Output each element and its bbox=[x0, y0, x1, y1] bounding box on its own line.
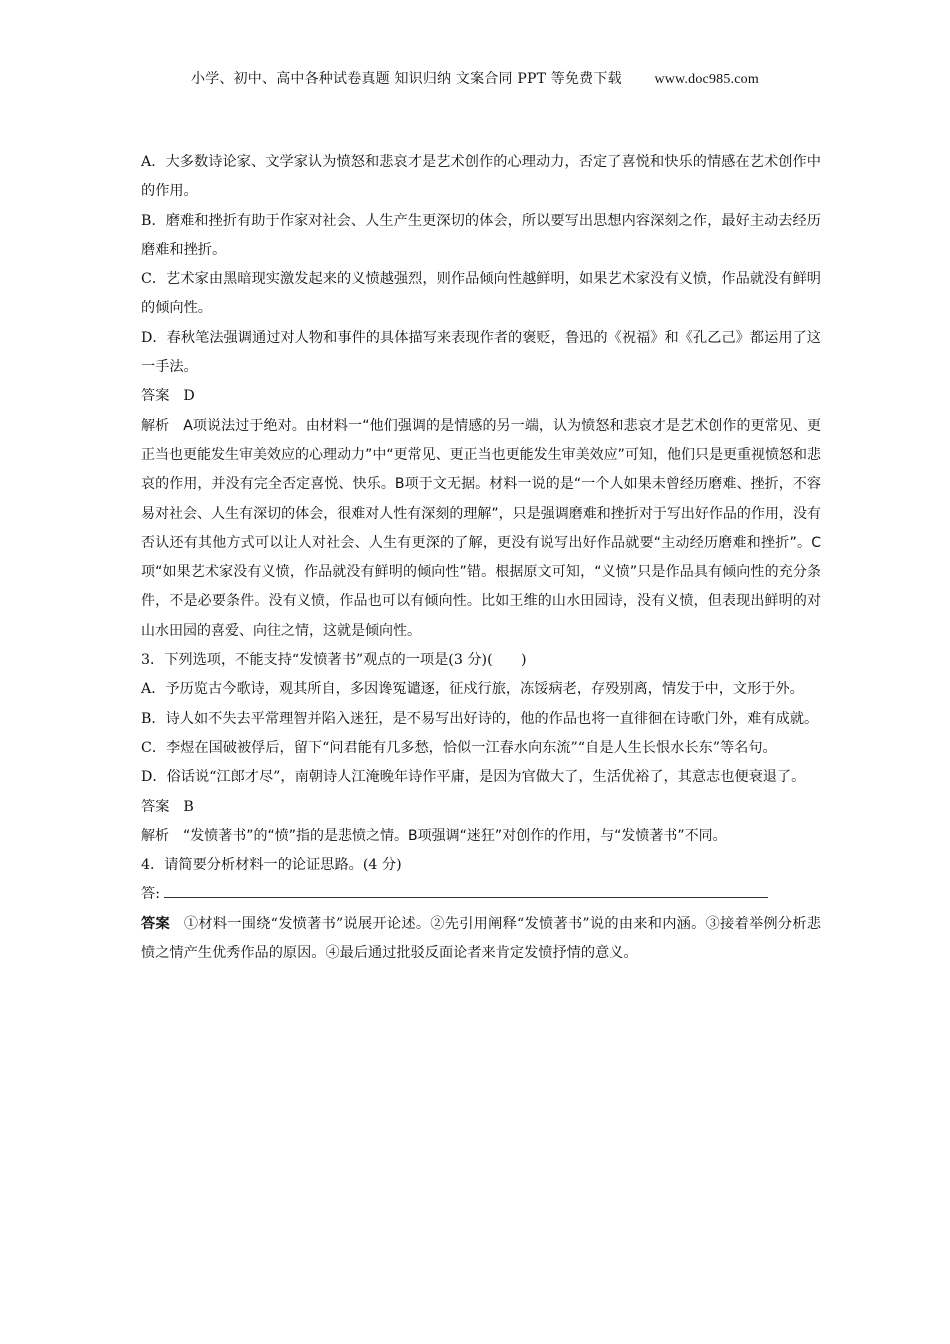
q2-option-b: B．磨难和挫折有助于作家对社会、人生产生更深切的体会，所以要写出思想内容深刻之作… bbox=[141, 207, 821, 266]
q4-answer-prompt: 答: bbox=[141, 886, 160, 902]
q2-answer: 答案D bbox=[141, 382, 821, 411]
q3-question: 3．下列选项，不能支持“发愤著书”观点的一项是(3 分)( ) bbox=[141, 646, 821, 675]
q3-option-c: C．李煜在国破被俘后，留下“问君能有几多愁，恰似一江春水向东流”“自是人生长恨水… bbox=[141, 734, 821, 763]
q2-answer-value: D bbox=[183, 388, 194, 404]
q2-option-c: C．艺术家由黑暗现实激发起来的义愤越强烈，则作品倾向性越鲜明，如果艺术家没有义愤… bbox=[141, 265, 821, 324]
q3-answer: 答案B bbox=[141, 793, 821, 822]
q3-answer-label: 答案 bbox=[141, 799, 169, 815]
q2-answer-label: 答案 bbox=[141, 388, 169, 404]
q3-explanation-text: “发愤著书”的“愤”指的是悲愤之情。B项强调“迷狂”对创作的作用，与“发愤著书”… bbox=[183, 828, 727, 844]
q4-answer-label: 答案 bbox=[141, 916, 170, 932]
q3-option-b: B．诗人如不失去平常理智并陷入迷狂，是不易写出好诗的，他的作品也将一直徘徊在诗歌… bbox=[141, 705, 821, 734]
document-body: A．大多数诗论家、文学家认为愤怒和悲哀才是艺术创作的心理动力，否定了喜悦和快乐的… bbox=[141, 148, 821, 968]
q2-explanation-label: 解析 bbox=[141, 418, 169, 434]
answer-blank-line bbox=[164, 883, 768, 898]
q4-answer-field: 答: bbox=[141, 880, 821, 909]
q3-option-a: A．予历览古今歌诗，观其所自，多因谗冤谴逐，征戍行旅，冻馁病老，存殁别离，情发于… bbox=[141, 675, 821, 704]
q3-option-d: D．俗话说“江郎才尽”，南朝诗人江淹晚年诗作平庸，是因为官做大了，生活优裕了，其… bbox=[141, 763, 821, 792]
q4-answer-text: ①材料一围绕“发愤著书”说展开论述。②先引用阐释“发愤著书”说的由来和内涵。③接… bbox=[141, 916, 821, 961]
q4-question: 4．请简要分析材料一的论证思路。(4 分) bbox=[141, 851, 821, 880]
header-text: 小学、初中、高中各种试卷真题 知识归纳 文案合同 PPT 等免费下载 bbox=[191, 71, 622, 87]
q2-explanation-text: A项说法过于绝对。由材料一“他们强调的是情感的另一端，认为愤怒和悲哀才是艺术创作… bbox=[141, 418, 821, 639]
page-header: 小学、初中、高中各种试卷真题 知识归纳 文案合同 PPT 等免费下载 www.d… bbox=[0, 68, 950, 88]
q3-answer-value: B bbox=[183, 799, 193, 815]
q2-option-d: D．春秋笔法强调通过对人物和事件的具体描写来表现作者的褒贬，鲁迅的《祝福》和《孔… bbox=[141, 324, 821, 383]
q2-explanation: 解析A项说法过于绝对。由材料一“他们强调的是情感的另一端，认为愤怒和悲哀才是艺术… bbox=[141, 412, 821, 646]
q3-explanation-label: 解析 bbox=[141, 828, 169, 844]
q4-answer: 答案①材料一围绕“发愤著书”说展开论述。②先引用阐释“发愤著书”说的由来和内涵。… bbox=[141, 910, 821, 969]
header-url: www.doc985.com bbox=[654, 72, 759, 87]
q2-option-a: A．大多数诗论家、文学家认为愤怒和悲哀才是艺术创作的心理动力，否定了喜悦和快乐的… bbox=[141, 148, 821, 207]
q3-explanation: 解析“发愤著书”的“愤”指的是悲愤之情。B项强调“迷狂”对创作的作用，与“发愤著… bbox=[141, 822, 821, 851]
